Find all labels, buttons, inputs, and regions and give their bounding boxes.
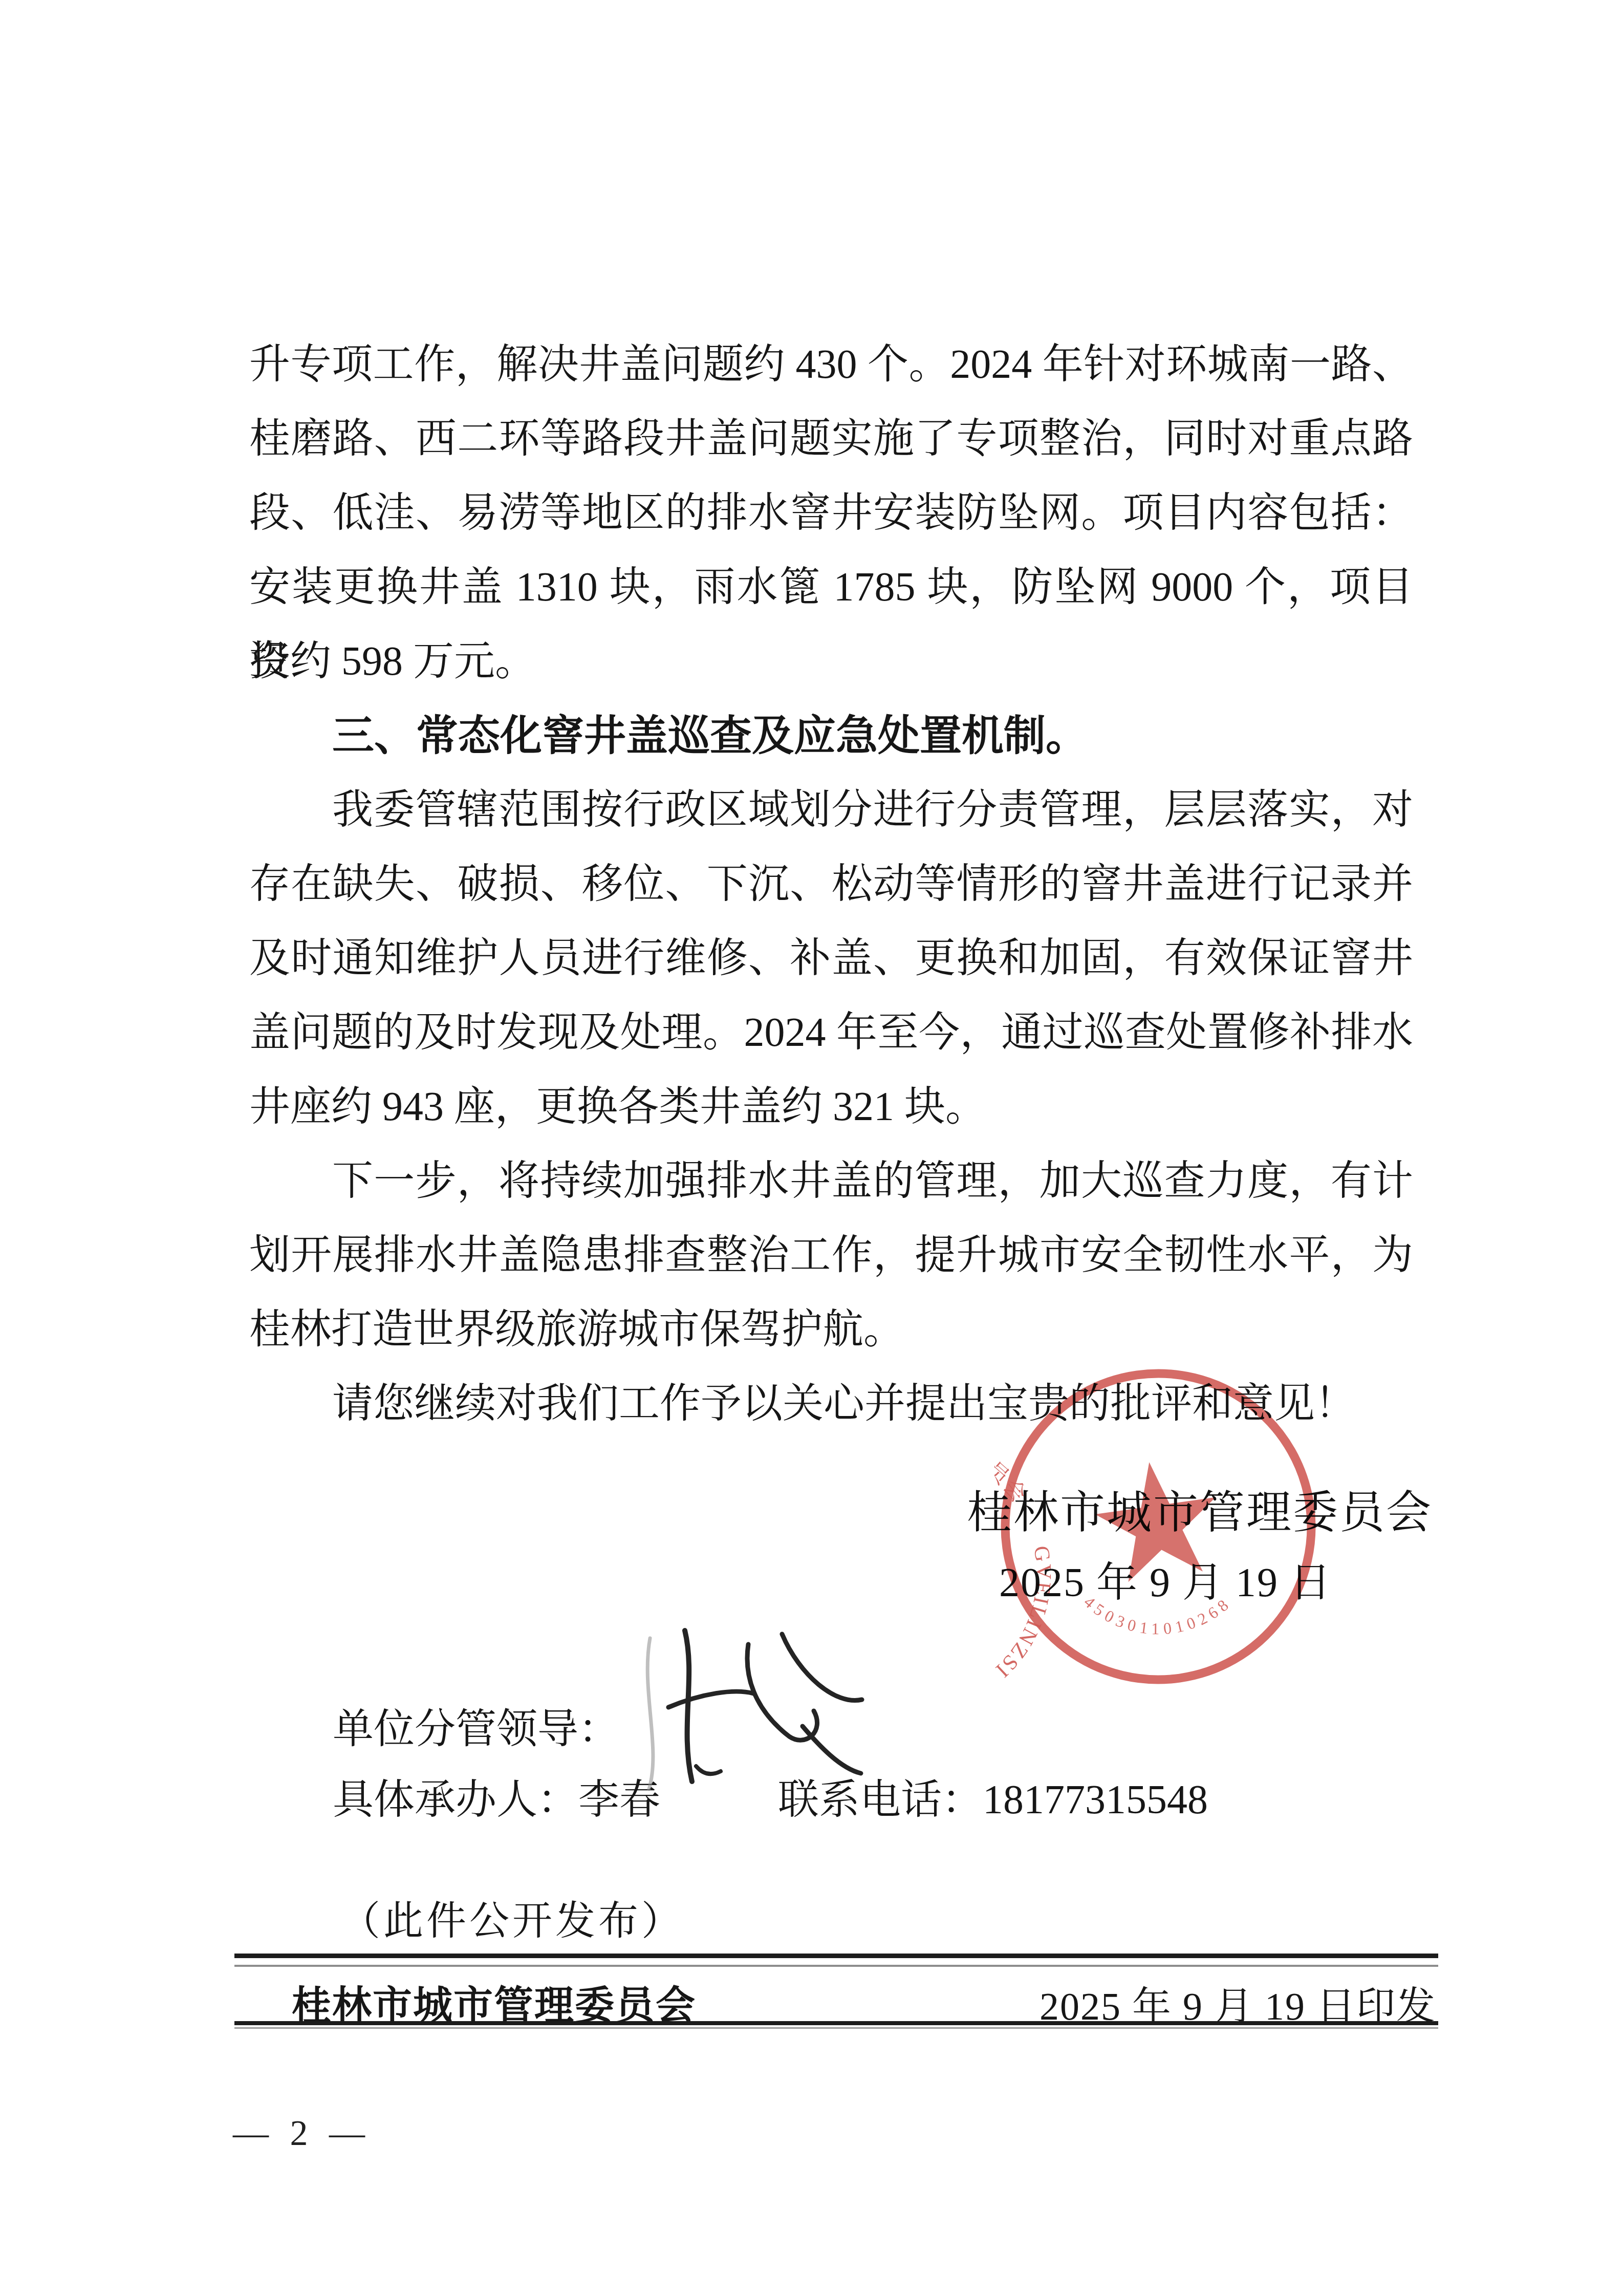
text-line: 资约 598 万元。 <box>249 625 1413 699</box>
text-line: 盖问题的及时发现及处理。2024 年至今，通过巡查处置修补排水 <box>249 996 1413 1070</box>
text-line: 桂磨路、西二环等路段井盖问题实施了专项整治，同时对重点路 <box>249 402 1413 476</box>
section-heading: 三、常态化窨井盖巡查及应急处置机制。 <box>249 699 1413 773</box>
page-number: — 2 — <box>233 2113 371 2154</box>
text-line: 及时通知维护人员进行维修、补盖、更换和加固，有效保证窨井 <box>249 921 1413 996</box>
official-seal: GVEILINZSI CWNGZSI GUENJLIJVEIYENZVEI 桂林… <box>994 1363 1322 1690</box>
text-line: 段、低洼、易涝等地区的排水窨井安装防坠网。项目内容包括： <box>249 476 1413 550</box>
text-line: 我委管辖范围按行政区域划分进行分责管理，层层落实，对 <box>249 773 1413 847</box>
public-release-note: （此件公开发布） <box>340 1889 684 1946</box>
handler-row: 具体承办人：李春 <box>333 1766 660 1825</box>
body-text: 升专项工作，解决井盖问题约 430 个。2024 年针对环城南一路、 桂磨路、西… <box>249 328 1413 1441</box>
footer-rule-bottom <box>234 2021 1438 2025</box>
handwritten-signature <box>619 1613 885 1807</box>
footer-rule-top <box>234 1954 1438 1958</box>
text-line: 升专项工作，解决井盖问题约 430 个。2024 年针对环城南一路、 <box>249 328 1413 402</box>
text-line: 下一步，将持续加强排水井盖的管理，加大巡查力度，有计 <box>249 1144 1413 1218</box>
text-line: 井座约 943 座，更换各类井盖约 321 块。 <box>249 1070 1413 1144</box>
leader-label: 单位分管领导： <box>333 1696 619 1754</box>
star-icon <box>1089 1454 1225 1585</box>
phone-number: 18177315548 <box>983 1777 1208 1822</box>
handler-label: 具体承办人： <box>333 1777 578 1822</box>
footer-rule-top-echo <box>234 1965 1438 1967</box>
document-page: 升专项工作，解决井盖问题约 430 个。2024 年针对环城南一路、 桂磨路、西… <box>0 0 1624 2296</box>
seal-serial: 4503011010268 <box>1079 1573 1239 1649</box>
text-line: 桂林打造世界级旅游城市保驾护航。 <box>249 1293 1413 1367</box>
text-line: 安装更换井盖 1310 块，雨水篦 1785 块，防坠网 9000 个，项目投 <box>249 550 1413 625</box>
text-line: 划开展排水井盖隐患排查整治工作，提升城市安全韧性水平，为 <box>249 1218 1413 1293</box>
text-line: 存在缺失、破损、移位、下沉、松动等情形的窨井盖进行记录并 <box>249 847 1413 921</box>
footer-rule-bottom-echo <box>234 2027 1438 2029</box>
